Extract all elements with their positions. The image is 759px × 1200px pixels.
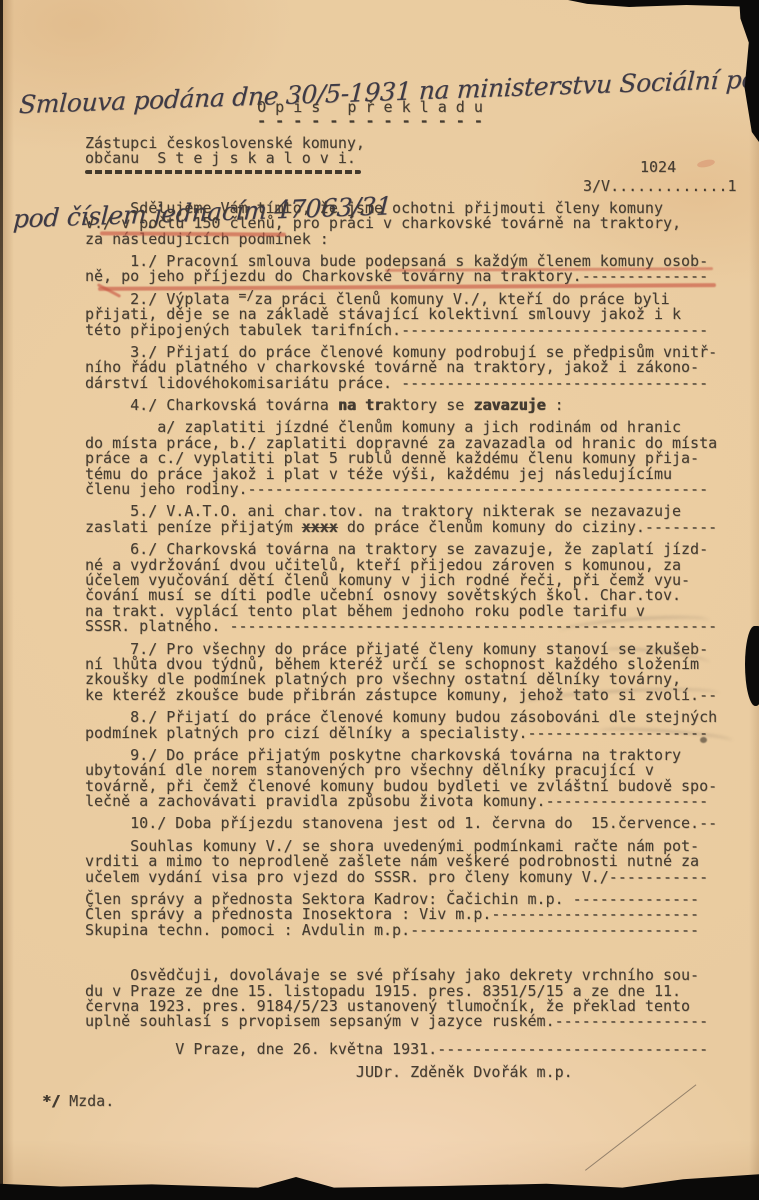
recipient-block: Zástupci československé komuny, občanu S… [85,136,735,174]
paragraph-4a: a/ zaplatiti jízdné členům komuny a jich… [85,420,735,497]
signatories-block: Člen správy a přednosta Sektora Kadrov: … [85,892,735,938]
paragraph-9: 9./ Do práce přijatým poskytne charkovsk… [85,748,735,810]
footnote-marker: */ [42,1092,60,1110]
torn-edge [745,626,759,706]
text-line: této připojených tabulek tarifních.-----… [85,323,735,338]
paragraph-5: 5./ V.A.T.O. ani char.tov. na traktory n… [85,504,735,535]
text-line: uplně souhlasí s prvopisem sepsaným v ja… [85,1014,735,1029]
document-page: Smlouva podána dne 30/5-1931 na minister… [0,0,759,1200]
text-line: 4./ Charkovská továrna na traktory se za… [85,398,735,413]
text-line: zaslati peníze přijatým xxxx do práce čl… [85,520,735,535]
footnote-label: Mzda. [60,1092,114,1110]
overtyped-text: na tr [338,396,383,414]
text-segment: zaslati peníze přijatým [85,518,302,536]
text-line: lečně a zachovávati pravidla způsobu živ… [85,794,735,809]
footnote-reference-marker: =/ [239,289,255,304]
text-line: 10./ Doba příjezdu stanovena jest od 1. … [85,816,735,831]
title-underline: - - - - - - - - - - - - - [85,115,655,127]
recipient-line: občanu S t e j s k a l o v i. [85,151,735,166]
text-line: učelem vydání visa pro vjezd do SSSR. pr… [85,870,735,885]
certification-block: Osvědčuji, dovolávaje se své přísahy jak… [85,968,735,1030]
text-segment: do práce členům komuny do ciziny.-------… [338,518,717,536]
page-edge-shadow [0,0,3,1200]
struck-out-text: xxxx [302,518,338,536]
scanned-document: Smlouva podána dne 30/5-1931 na minister… [0,0,759,1200]
torn-edge [0,1172,759,1200]
text-line: Skupina techn. pomoci : Avdulin m.p.----… [85,923,735,938]
overtyped-text: zavazuje [473,396,545,414]
typewritten-content: O p i s p ř e k l a d u - - - - - - - - … [85,100,735,1081]
translator-signature: JUDr. Zděněk Dvořák m.p. [85,1065,735,1080]
pencil-line [585,1084,696,1170]
text-segment: aktory se [383,396,473,414]
paragraph-closing: Souhlas komuny V./ se shora uvedenými po… [85,839,735,885]
title-block: O p i s p ř e k l a d u - - - - - - - - … [85,100,655,127]
document-header: O p i s p ř e k l a d u - - - - - - - - … [85,100,735,174]
paragraph-3: 3./ Přijatí do práce členové komuny podr… [85,345,735,391]
paragraph-intro: Sdělujeme Vám tímto, že jsme ochotni při… [85,201,735,247]
paragraph-4: 4./ Charkovská továrna na traktory se za… [85,398,735,413]
reference-code: 3/V.............1 [583,177,737,195]
text-line: členu jeho rodiny.----------------------… [85,482,735,497]
text-segment: 4./ Charkovská továrna [85,396,338,414]
paragraph-10: 10./ Doba příjezdu stanovena jest od 1. … [85,816,735,831]
reference-number: 1024 [640,158,676,176]
paragraph-2: 2./ Výplata =/za práci členů komuny V./,… [85,292,735,338]
recipient-underline [85,170,361,174]
footnote: */ Mzda. [42,1092,114,1110]
paragraph-2-rest: přijati, děje se na základě stávající ko… [85,307,735,338]
text-segment: : [546,396,564,414]
text-line: dárství lidovéhokomisariátu práce. -----… [85,376,735,391]
place-date-line: V Praze, dne 26. května 1931.-----------… [85,1042,735,1057]
ink-spot [700,737,707,743]
